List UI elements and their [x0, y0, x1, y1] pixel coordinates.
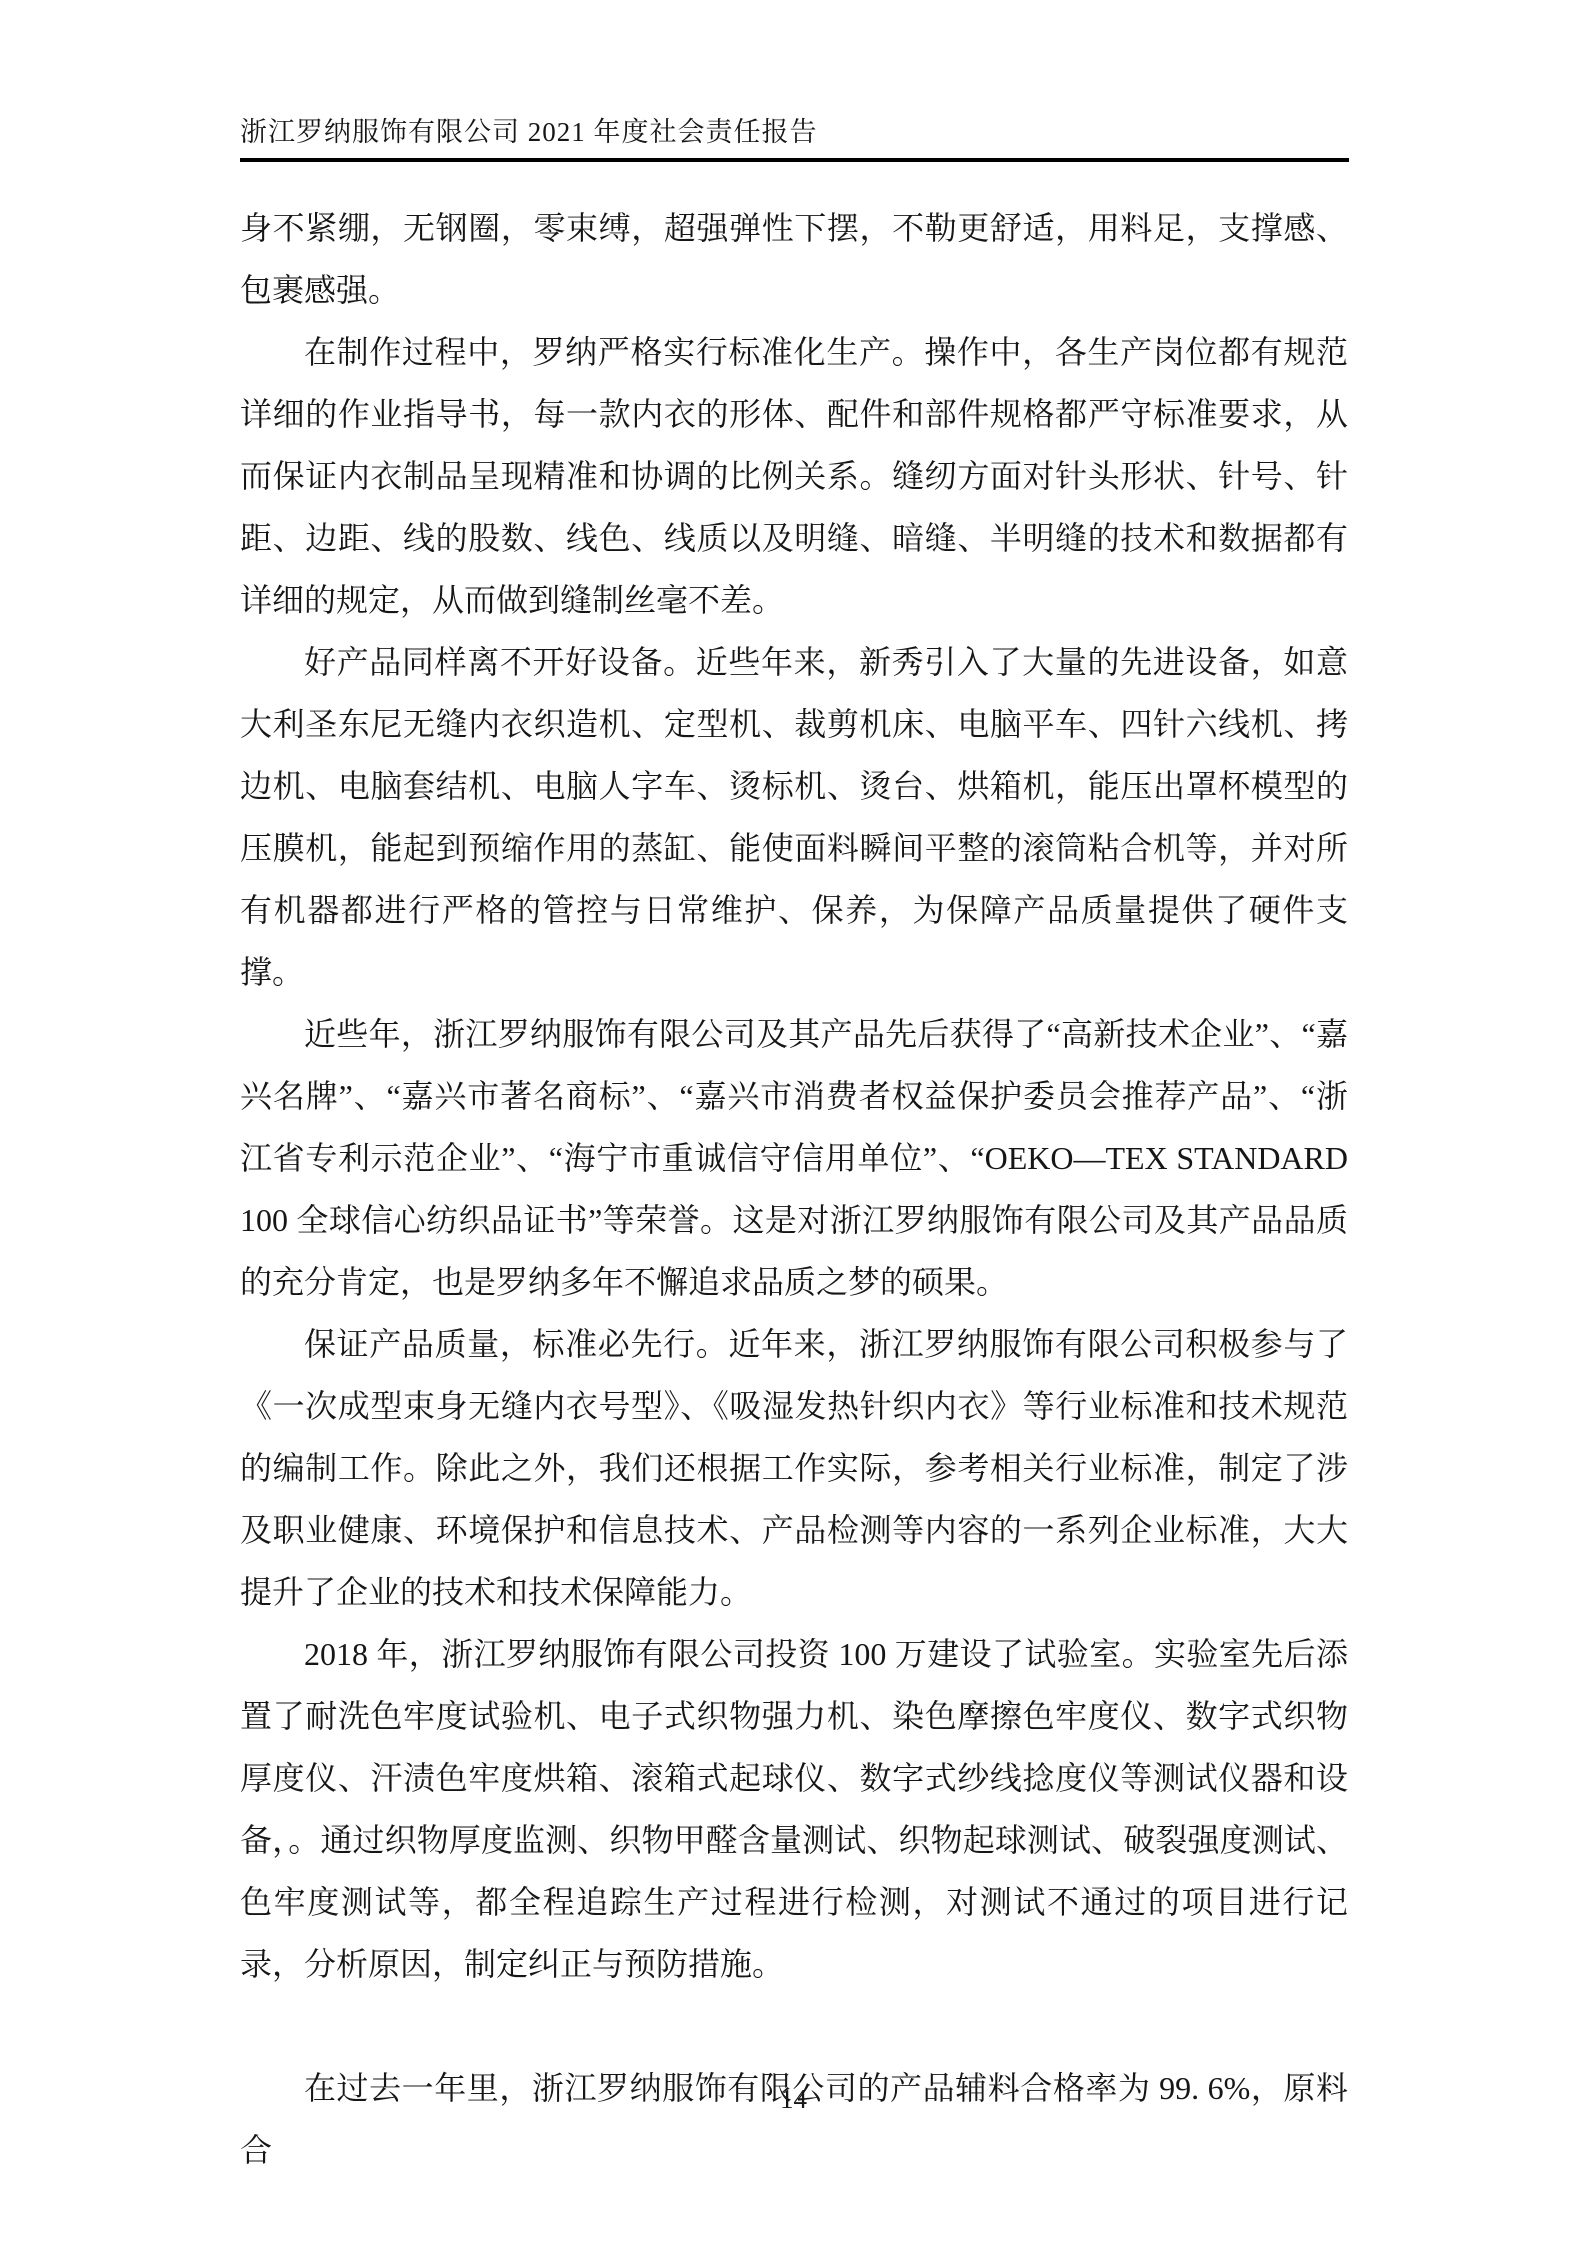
- body-paragraph: 好产品同样离不开好设备。近些年来，新秀引入了大量的先进设备，如意大利圣东尼无缝内…: [240, 631, 1348, 1003]
- body-paragraph: 近些年，浙江罗纳服饰有限公司及其产品先后获得了“高新技术企业”、“嘉兴名牌”、“…: [240, 1003, 1348, 1313]
- page-header: 浙江罗纳服饰有限公司 2021 年度社会责任报告: [240, 115, 1349, 162]
- report-page: 浙江罗纳服饰有限公司 2021 年度社会责任报告 身不紧绷，无钢圈，零束缚，超强…: [0, 0, 1587, 2245]
- body-paragraph: 保证产品质量，标准必先行。近年来，浙江罗纳服饰有限公司积极参与了《一次成型束身无…: [240, 1313, 1348, 1623]
- body-paragraph: 在过去一年里，浙江罗纳服饰有限公司的产品辅料合格率为 99. 6%，原料合: [240, 2057, 1348, 2181]
- header-rule: [240, 158, 1349, 162]
- body-paragraph: 身不紧绷，无钢圈，零束缚，超强弹性下摆，不勒更舒适，用料足，支撑感、包裹感强。: [240, 197, 1348, 321]
- body-paragraph: 在制作过程中，罗纳严格实行标准化生产。操作中，各生产岗位都有规范详细的作业指导书…: [240, 321, 1348, 631]
- document-body: 身不紧绷，无钢圈，零束缚，超强弹性下摆，不勒更舒适，用料足，支撑感、包裹感强。 …: [240, 197, 1348, 2181]
- report-header-title: 浙江罗纳服饰有限公司 2021 年度社会责任报告: [240, 115, 1349, 149]
- page-number: 14: [780, 2084, 807, 2114]
- body-paragraph: 2018 年，浙江罗纳服饰有限公司投资 100 万建设了试验室。实验室先后添置了…: [240, 1623, 1348, 1995]
- page-footer: 14: [0, 2082, 1587, 2116]
